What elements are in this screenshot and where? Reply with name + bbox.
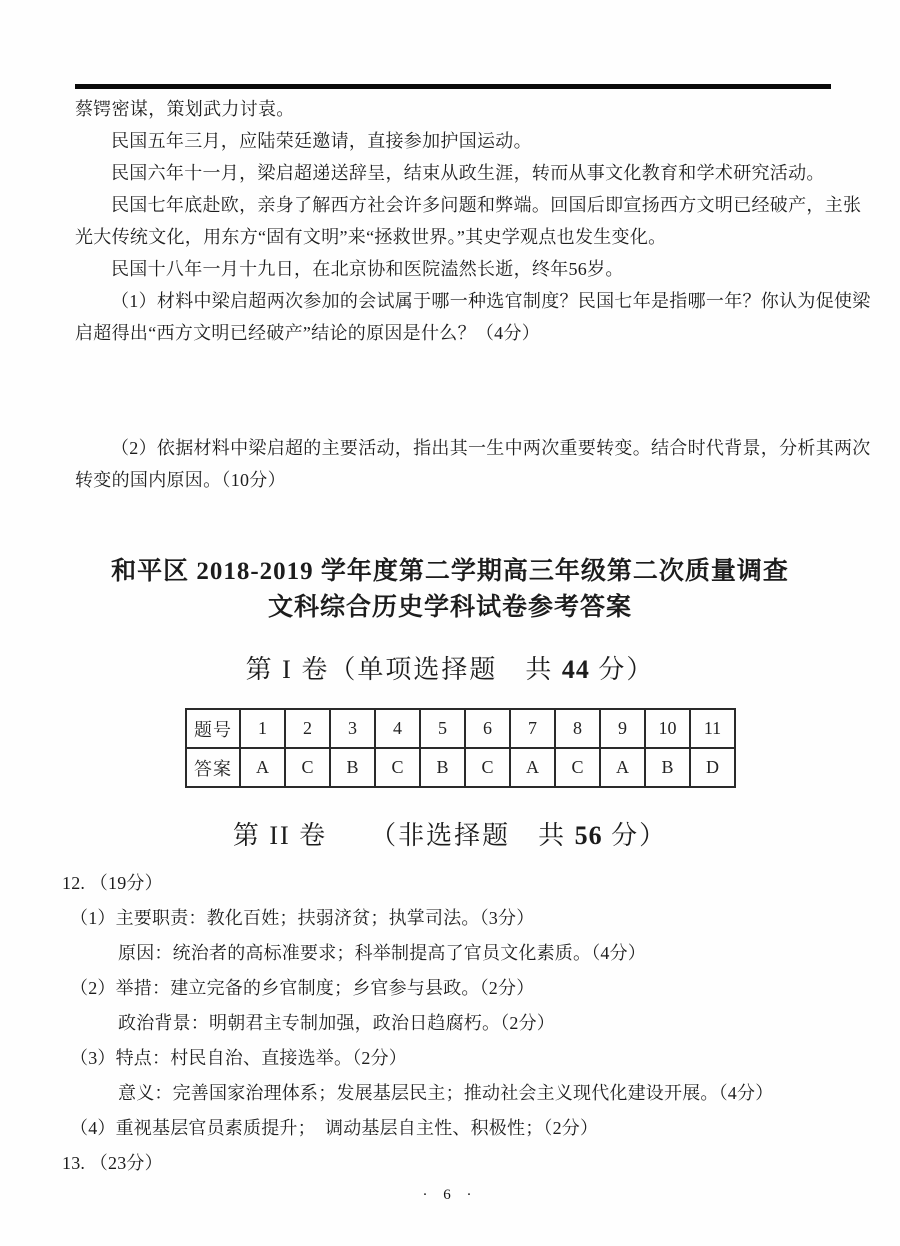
heading-text: 第 II 卷 （非选择题 共 [233,821,575,850]
title-year: 2018-2019 [196,558,313,585]
answer-line: （2）举措：建立完备的乡官制度；乡官参与县政。（2分） [70,971,860,1006]
answer-cell: C [555,748,600,787]
document-title: 和平区 2018-2019 学年度第二学期高三年级第二次质量调查 文科综合历史学… [0,554,900,626]
question-13-header: 13. （23分） [62,1146,860,1181]
question-number-row: 题号 1 2 3 4 5 6 7 8 9 10 11 [186,709,735,748]
answer-line: 原因：统治者的高标准要求；科举制提高了官员文化素质。（4分） [118,936,860,971]
question-2-line: （2）依据材料中梁启超的主要活动，指出其一生中两次重要转变。结合时代背景，分析其… [75,432,840,464]
answer-line: （4）重视基层官员素质提升； 调动基层自主性、积极性；（2分） [70,1111,860,1146]
material-line: 民国七年底赴欧，亲身了解西方社会许多问题和弊端。回国后即宣扬西方文明已经破产，主… [75,189,840,221]
answers-section: 12. （19分） （1）主要职责：教化百姓；扶弱济贫；执掌司法。（3分） 原因… [0,866,900,1181]
heading-text: 分） [603,821,668,850]
question-number: 4 [375,709,420,748]
question-number: 11 [690,709,735,748]
question-number: 5 [420,709,465,748]
answer-row: 答案 A C B C B C A C A B D [186,748,735,787]
title-line-1: 和平区 2018-2019 学年度第二学期高三年级第二次质量调查 [0,554,900,590]
material-line: 民国六年十一月，梁启超递送辞呈，结束从政生涯，转而从事文化教育和学术研究活动。 [75,157,840,189]
question-number: 8 [555,709,600,748]
spacer [0,626,900,652]
spacer [0,496,900,554]
answer-cell: C [285,748,330,787]
answer-cell: B [330,748,375,787]
title-line-2: 文科综合历史学科试卷参考答案 [0,590,900,626]
spacer [0,788,900,818]
top-margin [0,0,900,84]
answer-line: （3）特点：村民自治、直接选举。（2分） [70,1041,860,1076]
spacer [0,854,900,866]
material-section: 蔡锷密谋，策划武力讨袁。 民国五年三月，应陆荣廷邀请，直接参加护国运动。 民国六… [0,93,900,496]
section2-heading: 第 II 卷 （非选择题 共 56 分） [0,818,900,854]
spacer [0,688,900,708]
answer-space [0,349,900,432]
title-text: 学年度第二学期高三年级第二次质量调查 [314,558,789,585]
question-12-header: 12. （19分） [62,866,860,901]
question-number: 7 [510,709,555,748]
row-label: 题号 [186,709,240,748]
question-number: 10 [645,709,690,748]
material-line: 蔡锷密谋，策划武力讨袁。 [75,93,840,125]
question-number: 2 [285,709,330,748]
answer-cell: A [240,748,285,787]
heading-text: 第 I 卷（单项选择题 共 [246,655,562,684]
question-number: 6 [465,709,510,748]
answer-line: （1）主要职责：教化百姓；扶弱济贫；执掌司法。（3分） [70,901,860,936]
answer-cell: C [375,748,420,787]
section1-heading: 第 I 卷（单项选择题 共 44 分） [0,652,900,688]
heading-points: 44 [562,655,590,684]
answer-table: 题号 1 2 3 4 5 6 7 8 9 10 11 答案 A C B C B … [185,708,736,788]
material-line: 民国十八年一月十九日，在北京协和医院溘然长逝，终年56岁。 [75,253,840,285]
question-1-line: 启超得出“西方文明已经破产”结论的原因是什么？（4分） [75,317,840,349]
page-number: · 6 · [0,1187,900,1204]
answer-cell: A [600,748,645,787]
answer-cell: D [690,748,735,787]
question-2-line: 转变的国内原因。（10分） [75,464,840,496]
title-text: 和平区 [111,558,196,585]
question-number: 1 [240,709,285,748]
question-number: 9 [600,709,645,748]
answer-cell: B [420,748,465,787]
answer-line: 政治背景：明朝君主专制加强，政治日趋腐朽。（2分） [118,1006,860,1041]
question-number: 3 [330,709,375,748]
answer-line: 意义：完善国家治理体系；发展基层民主；推动社会主义现代化建设开展。（4分） [118,1076,860,1111]
heading-text: 分） [590,655,655,684]
material-line: 光大传统文化，用东方“固有文明”来“拯救世界。”其史学观点也发生变化。 [75,221,840,253]
answer-cell: B [645,748,690,787]
row-label: 答案 [186,748,240,787]
document-page: 蔡锷密谋，策划武力讨袁。 民国五年三月，应陆荣廷邀请，直接参加护国运动。 民国六… [0,0,900,1246]
heading-points: 56 [575,821,603,850]
answer-cell: A [510,748,555,787]
material-line: 民国五年三月，应陆荣廷邀请，直接参加护国运动。 [75,125,840,157]
header-rule [75,84,831,89]
answer-cell: C [465,748,510,787]
question-1-line: （1）材料中梁启超两次参加的会试属于哪一种选官制度？民国七年是指哪一年？你认为促… [75,285,840,317]
